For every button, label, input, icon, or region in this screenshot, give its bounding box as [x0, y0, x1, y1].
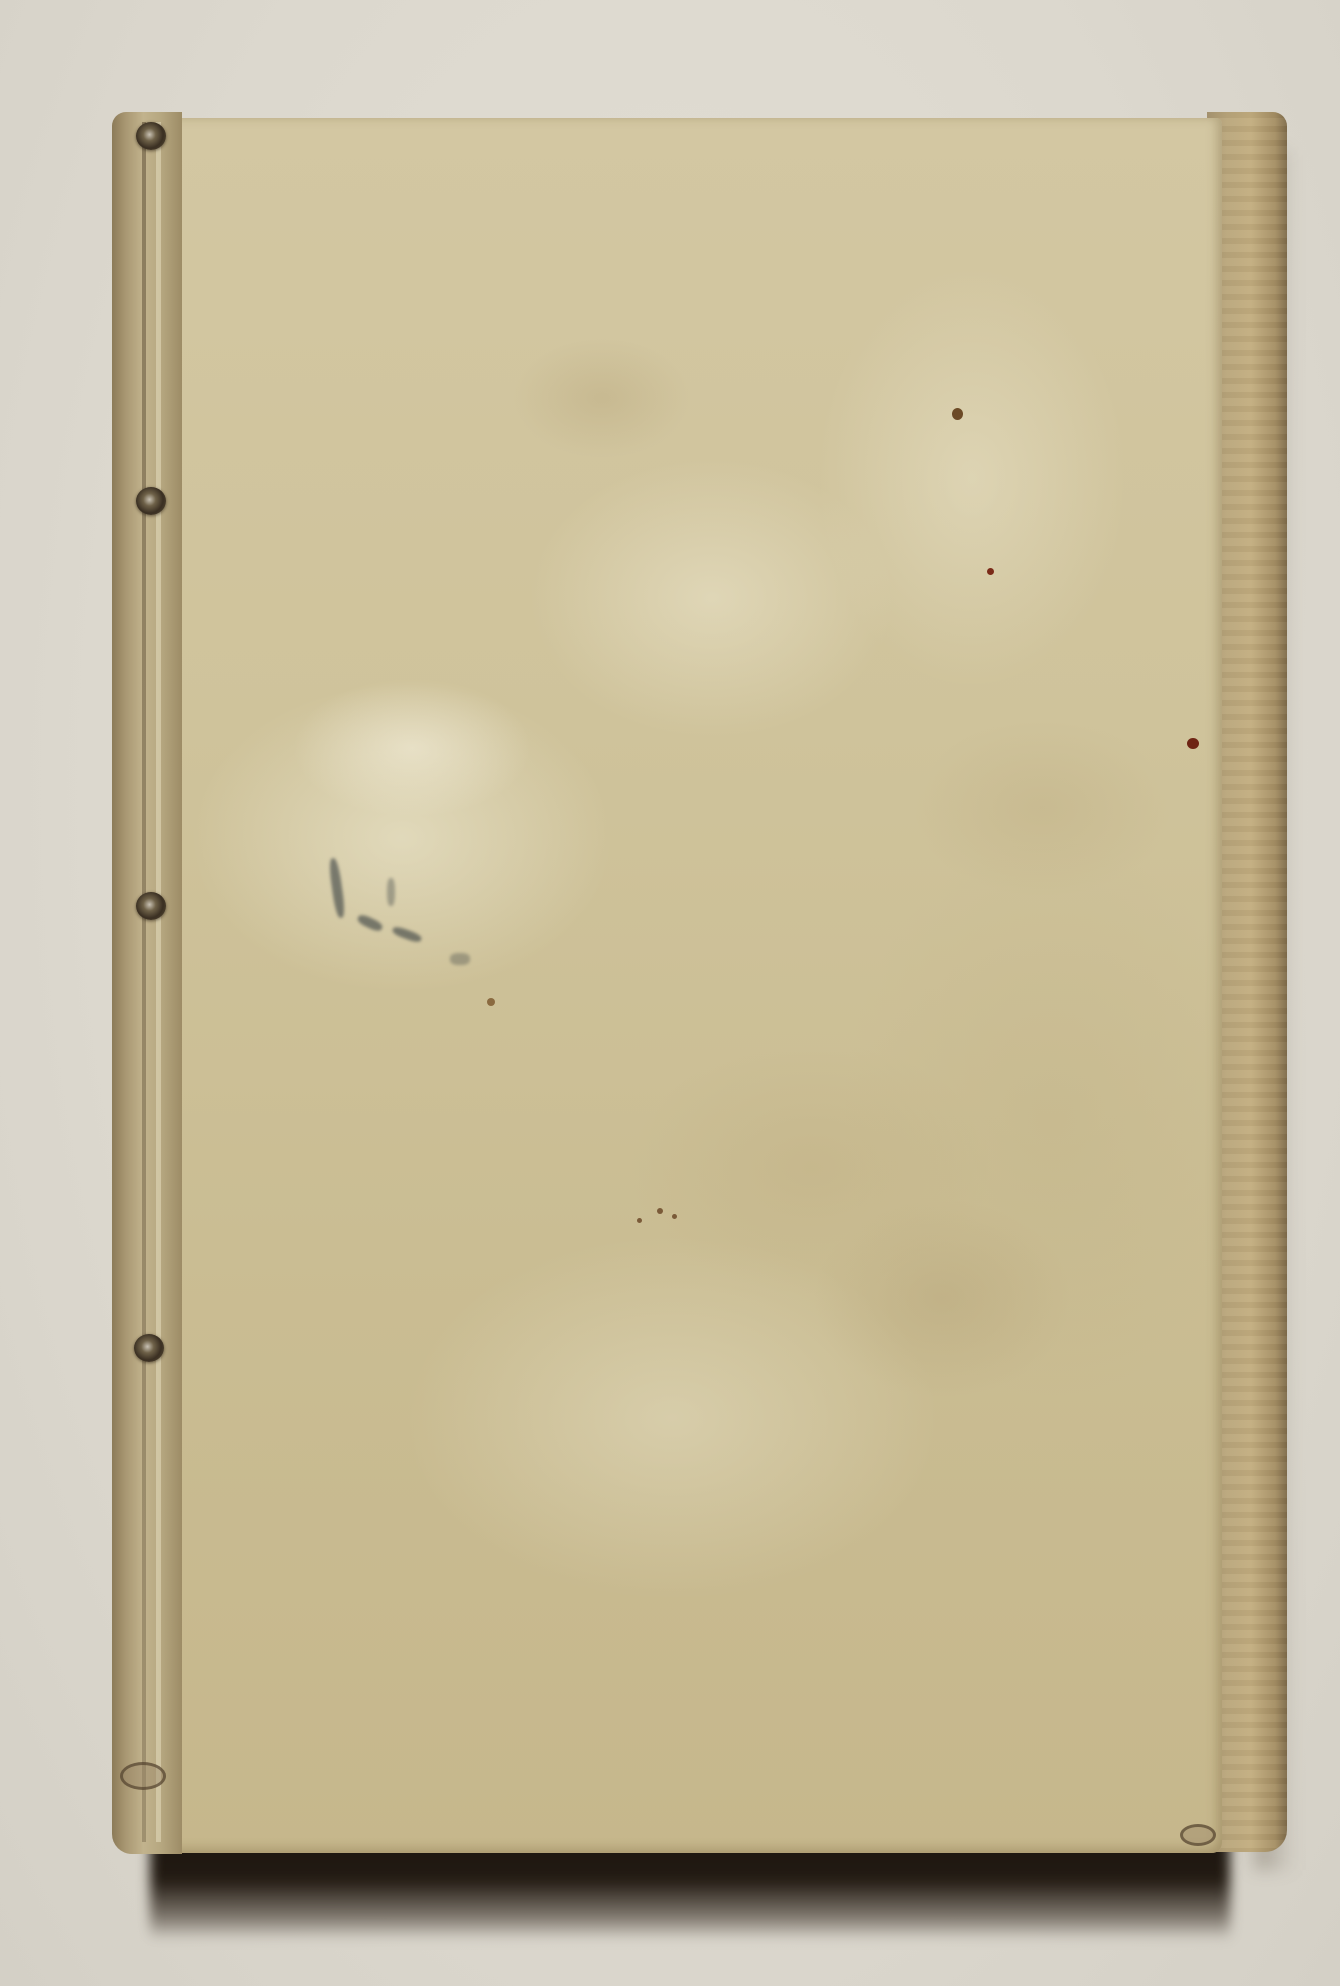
- corner-tie-loop: [1180, 1824, 1216, 1846]
- water-stain: [812, 1198, 1072, 1398]
- brown-spot: [637, 1218, 642, 1223]
- water-stain: [292, 678, 532, 818]
- spine-tie-knot: [136, 487, 166, 515]
- water-stain: [512, 338, 692, 458]
- red-spot: [1187, 738, 1199, 749]
- brown-spot: [952, 408, 963, 420]
- spine-tie-knot: [134, 1334, 164, 1362]
- spine-highlight: [156, 122, 161, 1842]
- brown-spot: [487, 998, 495, 1006]
- brown-spot: [672, 1214, 677, 1219]
- book-front-cover: [152, 118, 1222, 1853]
- red-spot: [987, 568, 994, 575]
- book-spine: [112, 112, 182, 1854]
- ink-smudge-mark: [328, 858, 346, 919]
- ink-smudge-mark: [391, 925, 422, 944]
- ink-smudge-mark: [387, 878, 395, 906]
- ink-smudge-mark: [356, 913, 384, 933]
- brown-spot: [657, 1208, 663, 1214]
- spine-tie-knot: [136, 122, 166, 150]
- spine-tie-knot: [136, 892, 166, 920]
- spine-tie-loop: [120, 1762, 166, 1790]
- ink-smudge-mark: [450, 953, 470, 965]
- water-stain: [912, 718, 1172, 898]
- spine-joint-groove: [142, 122, 146, 1842]
- vellum-book: [112, 112, 1282, 1857]
